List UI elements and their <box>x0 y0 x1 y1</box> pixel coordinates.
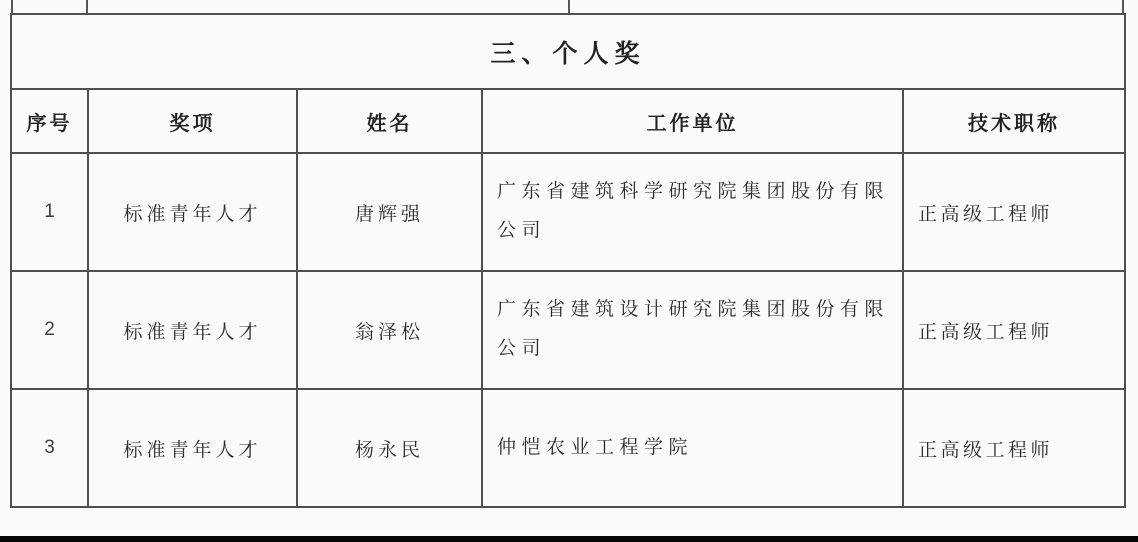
previous-table-remnant-line <box>86 0 88 14</box>
row-number: 1 <box>11 153 88 271</box>
organization-cell: 广东省建筑科学研究院集团股份有限公司 <box>482 153 903 271</box>
table-row: 2 标准青年人才 翁泽松 广东省建筑设计研究院集团股份有限公司 正高级工程师 <box>11 271 1125 389</box>
title-cell: 正高级工程师 <box>903 153 1125 271</box>
column-header-no: 序号 <box>11 89 88 153</box>
award-cell: 标准青年人才 <box>88 271 297 389</box>
individual-award-table: 三、个人奖 序号 奖项 姓名 工作单位 技术职称 1 标准青年人才 唐辉强 广东… <box>10 13 1126 508</box>
organization-cell: 仲恺农业工程学院 <box>482 389 903 507</box>
row-number: 2 <box>11 271 88 389</box>
column-header-title: 技术职称 <box>903 89 1125 153</box>
column-header-name: 姓名 <box>297 89 482 153</box>
previous-table-remnant-line <box>1122 0 1124 14</box>
organization-cell: 广东省建筑设计研究院集团股份有限公司 <box>482 271 903 389</box>
previous-table-remnant-line <box>568 0 570 14</box>
column-header-award: 奖项 <box>88 89 297 153</box>
title-cell: 正高级工程师 <box>903 271 1125 389</box>
section-title: 三、个人奖 <box>11 14 1125 89</box>
scan-bottom-black-bar <box>0 536 1138 542</box>
table-header-row: 序号 奖项 姓名 工作单位 技术职称 <box>11 89 1125 153</box>
row-number: 3 <box>11 389 88 507</box>
scanned-document-page: 三、个人奖 序号 奖项 姓名 工作单位 技术职称 1 标准青年人才 唐辉强 广东… <box>0 0 1138 542</box>
section-title-row: 三、个人奖 <box>11 14 1125 89</box>
name-cell: 唐辉强 <box>297 153 482 271</box>
award-cell: 标准青年人才 <box>88 389 297 507</box>
title-cell: 正高级工程师 <box>903 389 1125 507</box>
table-row: 1 标准青年人才 唐辉强 广东省建筑科学研究院集团股份有限公司 正高级工程师 <box>11 153 1125 271</box>
column-header-organization: 工作单位 <box>482 89 903 153</box>
table-row: 3 标准青年人才 杨永民 仲恺农业工程学院 正高级工程师 <box>11 389 1125 507</box>
name-cell: 翁泽松 <box>297 271 482 389</box>
award-cell: 标准青年人才 <box>88 153 297 271</box>
name-cell: 杨永民 <box>297 389 482 507</box>
previous-table-remnant-line <box>11 0 13 14</box>
